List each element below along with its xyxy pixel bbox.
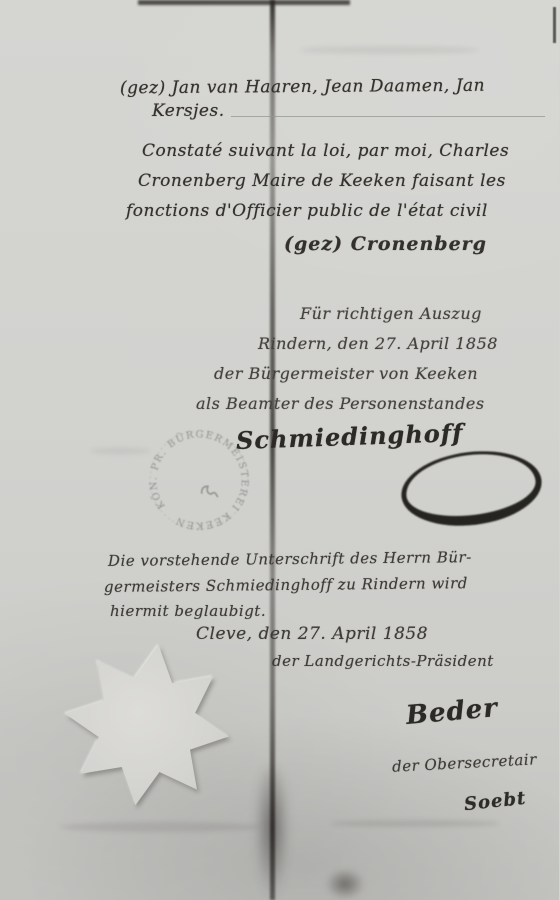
signature-cronenberg: (gez) Cronenberg bbox=[284, 233, 487, 255]
legalization-dateline: Cleve, den 27. April 1858 bbox=[196, 624, 428, 644]
ink-blot bbox=[325, 868, 365, 900]
ink-oval-flourish bbox=[397, 444, 546, 534]
fold-smudge bbox=[255, 768, 289, 900]
secretary-title: der Obersecretair bbox=[392, 750, 538, 776]
legalization-line1: Die vorstehende Unterschrift des Herrn B… bbox=[108, 548, 472, 570]
bleedthrough-smudge bbox=[60, 822, 260, 832]
scan-edge-smudge bbox=[138, 0, 350, 5]
certification-line1: Für richtigen Auszug bbox=[300, 304, 482, 323]
witness-names-line1: (gez) Jan van Haaren, Jean Daamen, Jan bbox=[120, 76, 485, 99]
attestation-line3: fonctions d'Officier public de l'état ci… bbox=[126, 201, 488, 221]
document-scan: (gez) Jan van Haaren, Jean Daamen, Jan K… bbox=[0, 0, 559, 900]
certification-line3: der Bürgermeister von Keeken bbox=[214, 364, 478, 383]
star-seal-shape bbox=[64, 644, 230, 806]
stamp-center-mark bbox=[199, 484, 218, 504]
certification-line4: als Beamter des Personenstandes bbox=[196, 394, 485, 413]
attestation-line2: Cronenberg Maire de Keeken faisant les bbox=[138, 171, 506, 191]
attestation-line1: Constaté suivant la loi, par moi, Charle… bbox=[142, 141, 509, 161]
bleedthrough-smudge bbox=[330, 820, 500, 827]
official-title: der Landgerichts-Präsident bbox=[272, 652, 494, 670]
legalization-line3: hiermit beglaubigt. bbox=[110, 602, 266, 620]
embossed-star-seal bbox=[64, 644, 230, 806]
bleedthrough-smudge bbox=[300, 46, 480, 54]
witness-names-line2: Kersjes. bbox=[152, 101, 225, 121]
scan-edge-mark bbox=[553, 7, 556, 43]
separator-line bbox=[231, 116, 545, 117]
signature-president: Beder bbox=[405, 693, 499, 731]
bleedthrough-smudge bbox=[90, 448, 150, 454]
legalization-line2: germeisters Schmiedinghoff zu Rindern wi… bbox=[104, 574, 468, 596]
signature-secretary: Soebt bbox=[463, 788, 527, 815]
certification-line2: Rindern, den 27. April 1858 bbox=[258, 334, 498, 353]
